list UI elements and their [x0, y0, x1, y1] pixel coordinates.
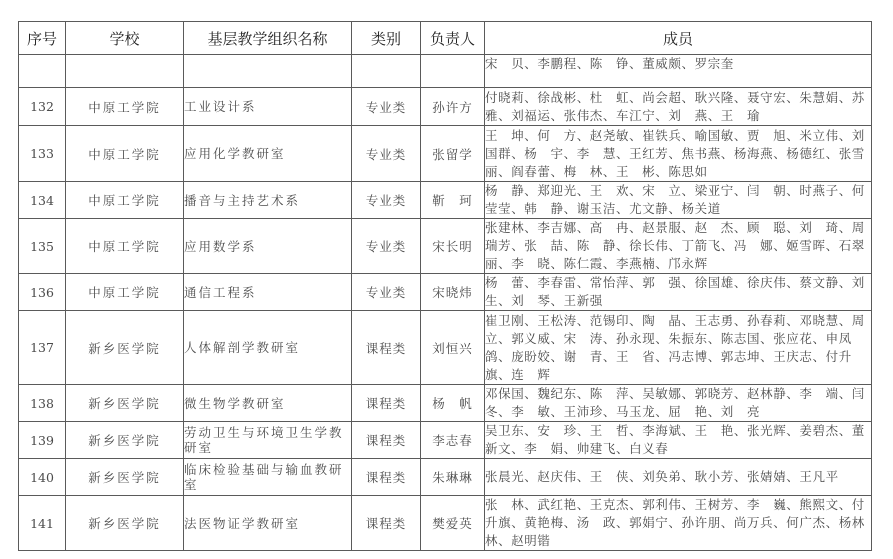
table-row: 140 新乡医学院 临床检验基础与输血教研室 课程类 朱琳琳 张晨光、赵庆伟、王… [19, 459, 872, 496]
cell-org: 应用数学系 [184, 219, 352, 274]
table-row: 135 中原工学院 应用数学系 专业类 宋长明 张建林、李吉娜、高 冉、赵景服、… [19, 219, 872, 274]
cell-members: 邓保国、魏纪东、陈 萍、吴敏娜、郭晓芳、赵林静、李 端、闫 冬、李 敏、王沛珍、… [485, 385, 872, 422]
cell-category: 专业类 [352, 88, 421, 126]
table-row: 134 中原工学院 播音与主持艺术系 专业类 靳 珂 杨 静、郑迎光、王 欢、宋… [19, 182, 872, 219]
header-members: 成员 [485, 22, 872, 55]
cell-school: 新乡医学院 [66, 496, 184, 551]
cell-num [19, 55, 66, 88]
cell-org: 人体解剖学教研室 [184, 311, 352, 385]
cell-category: 专业类 [352, 219, 421, 274]
cell-school: 中原工学院 [66, 274, 184, 311]
table-header-row: 序号 学校 基层教学组织名称 类别 负责人 成员 [19, 22, 872, 55]
cell-num: 134 [19, 182, 66, 219]
cell-org: 法医物证学教研室 [184, 496, 352, 551]
cell-org [184, 55, 352, 88]
cell-leader: 孙许方 [421, 88, 485, 126]
cell-category: 专业类 [352, 274, 421, 311]
cell-org: 工业设计系 [184, 88, 352, 126]
cell-org: 劳动卫生与环境卫生学教研室 [184, 422, 352, 459]
table-row: 137 新乡医学院 人体解剖学教研室 课程类 刘恒兴 崔卫刚、王松涛、范锡印、陶… [19, 311, 872, 385]
cell-org: 临床检验基础与输血教研室 [184, 459, 352, 496]
cell-category: 课程类 [352, 422, 421, 459]
cell-num: 132 [19, 88, 66, 126]
cell-members: 崔卫刚、王松涛、范锡印、陶 晶、王志勇、孙春莉、邓晓慧、周 立、郭义威、宋 涛、… [485, 311, 872, 385]
cell-leader: 靳 珂 [421, 182, 485, 219]
table-row: 138 新乡医学院 微生物学教研室 课程类 杨 帆 邓保国、魏纪东、陈 萍、吴敏… [19, 385, 872, 422]
cell-category: 课程类 [352, 385, 421, 422]
cell-school: 新乡医学院 [66, 385, 184, 422]
cell-school: 新乡医学院 [66, 311, 184, 385]
cell-members: 张建林、李吉娜、高 冉、赵景服、赵 杰、顾 聪、刘 琦、周瑞芳、张 喆、陈 静、… [485, 219, 872, 274]
table-row: 139 新乡医学院 劳动卫生与环境卫生学教研室 课程类 李志春 吴卫东、安 珍、… [19, 422, 872, 459]
header-org: 基层教学组织名称 [184, 22, 352, 55]
cell-num: 133 [19, 126, 66, 182]
organization-roster-table: 序号 学校 基层教学组织名称 类别 负责人 成员 宋 贝、李鹏程、陈 铮、董威颇… [18, 21, 872, 551]
header-school: 学校 [66, 22, 184, 55]
cell-leader: 宋晓炜 [421, 274, 485, 311]
cell-school: 中原工学院 [66, 126, 184, 182]
cell-members: 杨 蕾、李春雷、常怡萍、郭 强、徐国雄、徐庆伟、蔡文静、刘 生、刘 琴、王新强 [485, 274, 872, 311]
table-row: 133 中原工学院 应用化学教研室 专业类 张留学 王 坤、何 方、赵尧敏、崔铁… [19, 126, 872, 182]
cell-members: 张晨光、赵庆伟、王 侠、刘奂弟、耿小芳、张婧婧、王凡平 [485, 459, 872, 496]
cell-num: 140 [19, 459, 66, 496]
cell-members: 张 林、武红艳、王克杰、郭利伟、王树芳、李 巍、熊熙文、付升旗、黄艳梅、汤 政、… [485, 496, 872, 551]
cell-school: 新乡医学院 [66, 422, 184, 459]
cell-leader: 宋长明 [421, 219, 485, 274]
cell-org: 播音与主持艺术系 [184, 182, 352, 219]
cell-num: 141 [19, 496, 66, 551]
cell-leader [421, 55, 485, 88]
header-category: 类别 [352, 22, 421, 55]
cell-org: 微生物学教研室 [184, 385, 352, 422]
cell-num: 136 [19, 274, 66, 311]
cell-leader: 刘恒兴 [421, 311, 485, 385]
table-row: 141 新乡医学院 法医物证学教研室 课程类 樊爱英 张 林、武红艳、王克杰、郭… [19, 496, 872, 551]
cell-category [352, 55, 421, 88]
table-row: 宋 贝、李鹏程、陈 铮、董威颇、罗宗奎 [19, 55, 872, 88]
cell-school: 中原工学院 [66, 219, 184, 274]
cell-category: 课程类 [352, 496, 421, 551]
header-num: 序号 [19, 22, 66, 55]
cell-school: 中原工学院 [66, 182, 184, 219]
cell-members: 付晓莉、徐战彬、杜 虹、尚会超、耿兴隆、聂守宏、朱慧娟、苏 雅、刘福运、张伟杰、… [485, 88, 872, 126]
cell-school [66, 55, 184, 88]
table-row: 136 中原工学院 通信工程系 专业类 宋晓炜 杨 蕾、李春雷、常怡萍、郭 强、… [19, 274, 872, 311]
cell-num: 137 [19, 311, 66, 385]
cell-school: 中原工学院 [66, 88, 184, 126]
cell-school: 新乡医学院 [66, 459, 184, 496]
cell-num: 139 [19, 422, 66, 459]
cell-num: 138 [19, 385, 66, 422]
cell-members: 宋 贝、李鹏程、陈 铮、董威颇、罗宗奎 [485, 55, 872, 88]
cell-category: 课程类 [352, 459, 421, 496]
cell-leader: 张留学 [421, 126, 485, 182]
cell-org: 通信工程系 [184, 274, 352, 311]
cell-leader: 李志春 [421, 422, 485, 459]
cell-members: 杨 静、郑迎光、王 欢、宋 立、梁亚宁、闫 朝、时燕子、何莹莹、韩 静、谢玉洁、… [485, 182, 872, 219]
header-leader: 负责人 [421, 22, 485, 55]
cell-members: 吴卫东、安 珍、王 哲、李海斌、王 艳、张光辉、姜碧杰、董新文、李 娟、帅建飞、… [485, 422, 872, 459]
table-row: 132 中原工学院 工业设计系 专业类 孙许方 付晓莉、徐战彬、杜 虹、尚会超、… [19, 88, 872, 126]
cell-category: 课程类 [352, 311, 421, 385]
cell-num: 135 [19, 219, 66, 274]
cell-category: 专业类 [352, 182, 421, 219]
cell-leader: 朱琳琳 [421, 459, 485, 496]
cell-category: 专业类 [352, 126, 421, 182]
cell-org: 应用化学教研室 [184, 126, 352, 182]
cell-members: 王 坤、何 方、赵尧敏、崔铁兵、喻国敏、贾 旭、米立伟、刘国群、杨 宇、李 慧、… [485, 126, 872, 182]
cell-leader: 樊爱英 [421, 496, 485, 551]
cell-leader: 杨 帆 [421, 385, 485, 422]
